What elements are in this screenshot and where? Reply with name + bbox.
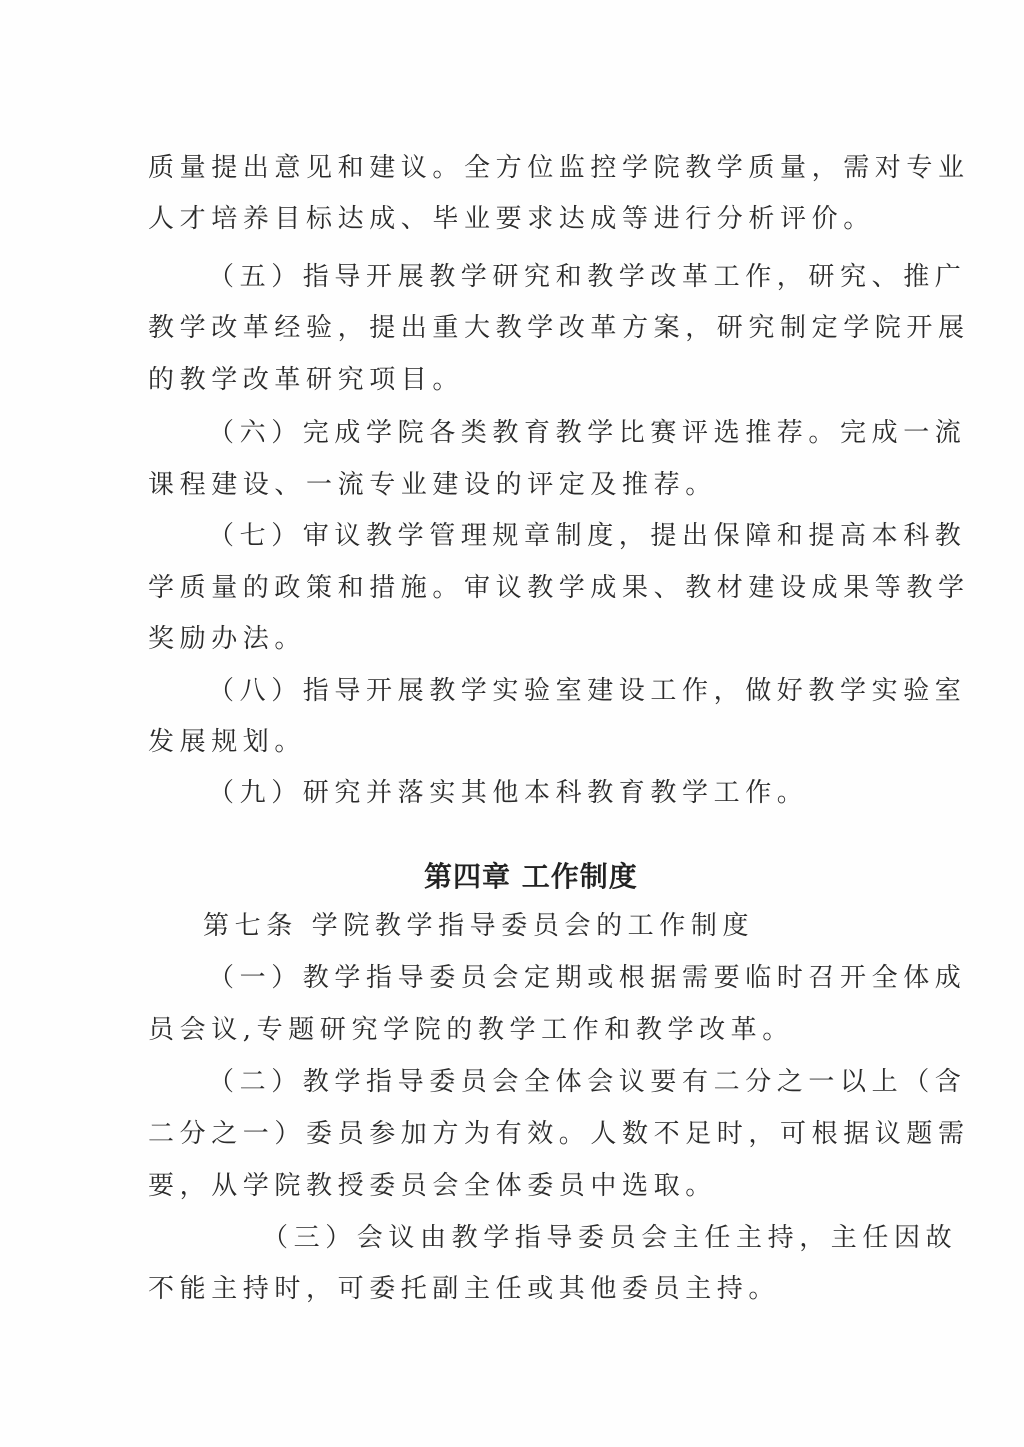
clause-6: （六）完成学院各类教育教学比赛评选推荐。完成一流 [208,413,966,453]
paragraph-line: 质量提出意见和建议。全方位监控学院教学质量，需对专业 [148,148,970,188]
clause-5: （五）指导开展教学研究和教学改革工作，研究、推广 [208,257,966,297]
paragraph-line: 员会议,专题研究学院的教学工作和教学改革。 [148,1010,794,1050]
paragraph-line: 不能主持时，可委托副主任或其他委员主持。 [148,1269,780,1309]
paragraph-line: 奖励办法。 [148,619,306,659]
chapter-heading: 第四章 工作制度 [424,855,638,895]
paragraph-line: 的教学改革研究项目。 [148,360,464,400]
article-title: 第七条 学院教学指导委员会的工作制度 [203,906,754,946]
rule-1: （一）教学指导委员会定期或根据需要临时召开全体成 [208,958,966,998]
clause-8: （八）指导开展教学实验室建设工作，做好教学实验室 [208,671,966,711]
clause-9: （九）研究并落实其他本科教育教学工作。 [208,773,808,813]
rule-2: （二）教学指导委员会全体会议要有二分之一以上（含 [208,1062,966,1102]
clause-7: （七）审议教学管理规章制度，提出保障和提高本科教 [208,516,966,556]
paragraph-line: 要，从学院教授委员会全体委员中选取。 [148,1166,717,1206]
paragraph-line: 发展规划。 [148,722,306,762]
paragraph-line: 学质量的政策和措施。审议教学成果、教材建设成果等教学 [148,568,970,608]
rule-3: （三）会议由教学指导委员会主任主持，主任因故 [262,1218,957,1258]
paragraph-line: 课程建设、一流专业建设的评定及推荐。 [148,465,717,505]
paragraph-line: 二分之一）委员参加方为有效。人数不足时，可根据议题需 [148,1114,970,1154]
paragraph-line: 教学改革经验，提出重大教学改革方案，研究制定学院开展 [148,308,970,348]
paragraph-line: 人才培养目标达成、毕业要求达成等进行分析评价。 [148,199,875,239]
document-page: 质量提出意见和建议。全方位监控学院教学质量，需对专业 人才培养目标达成、毕业要求… [0,0,1024,1447]
